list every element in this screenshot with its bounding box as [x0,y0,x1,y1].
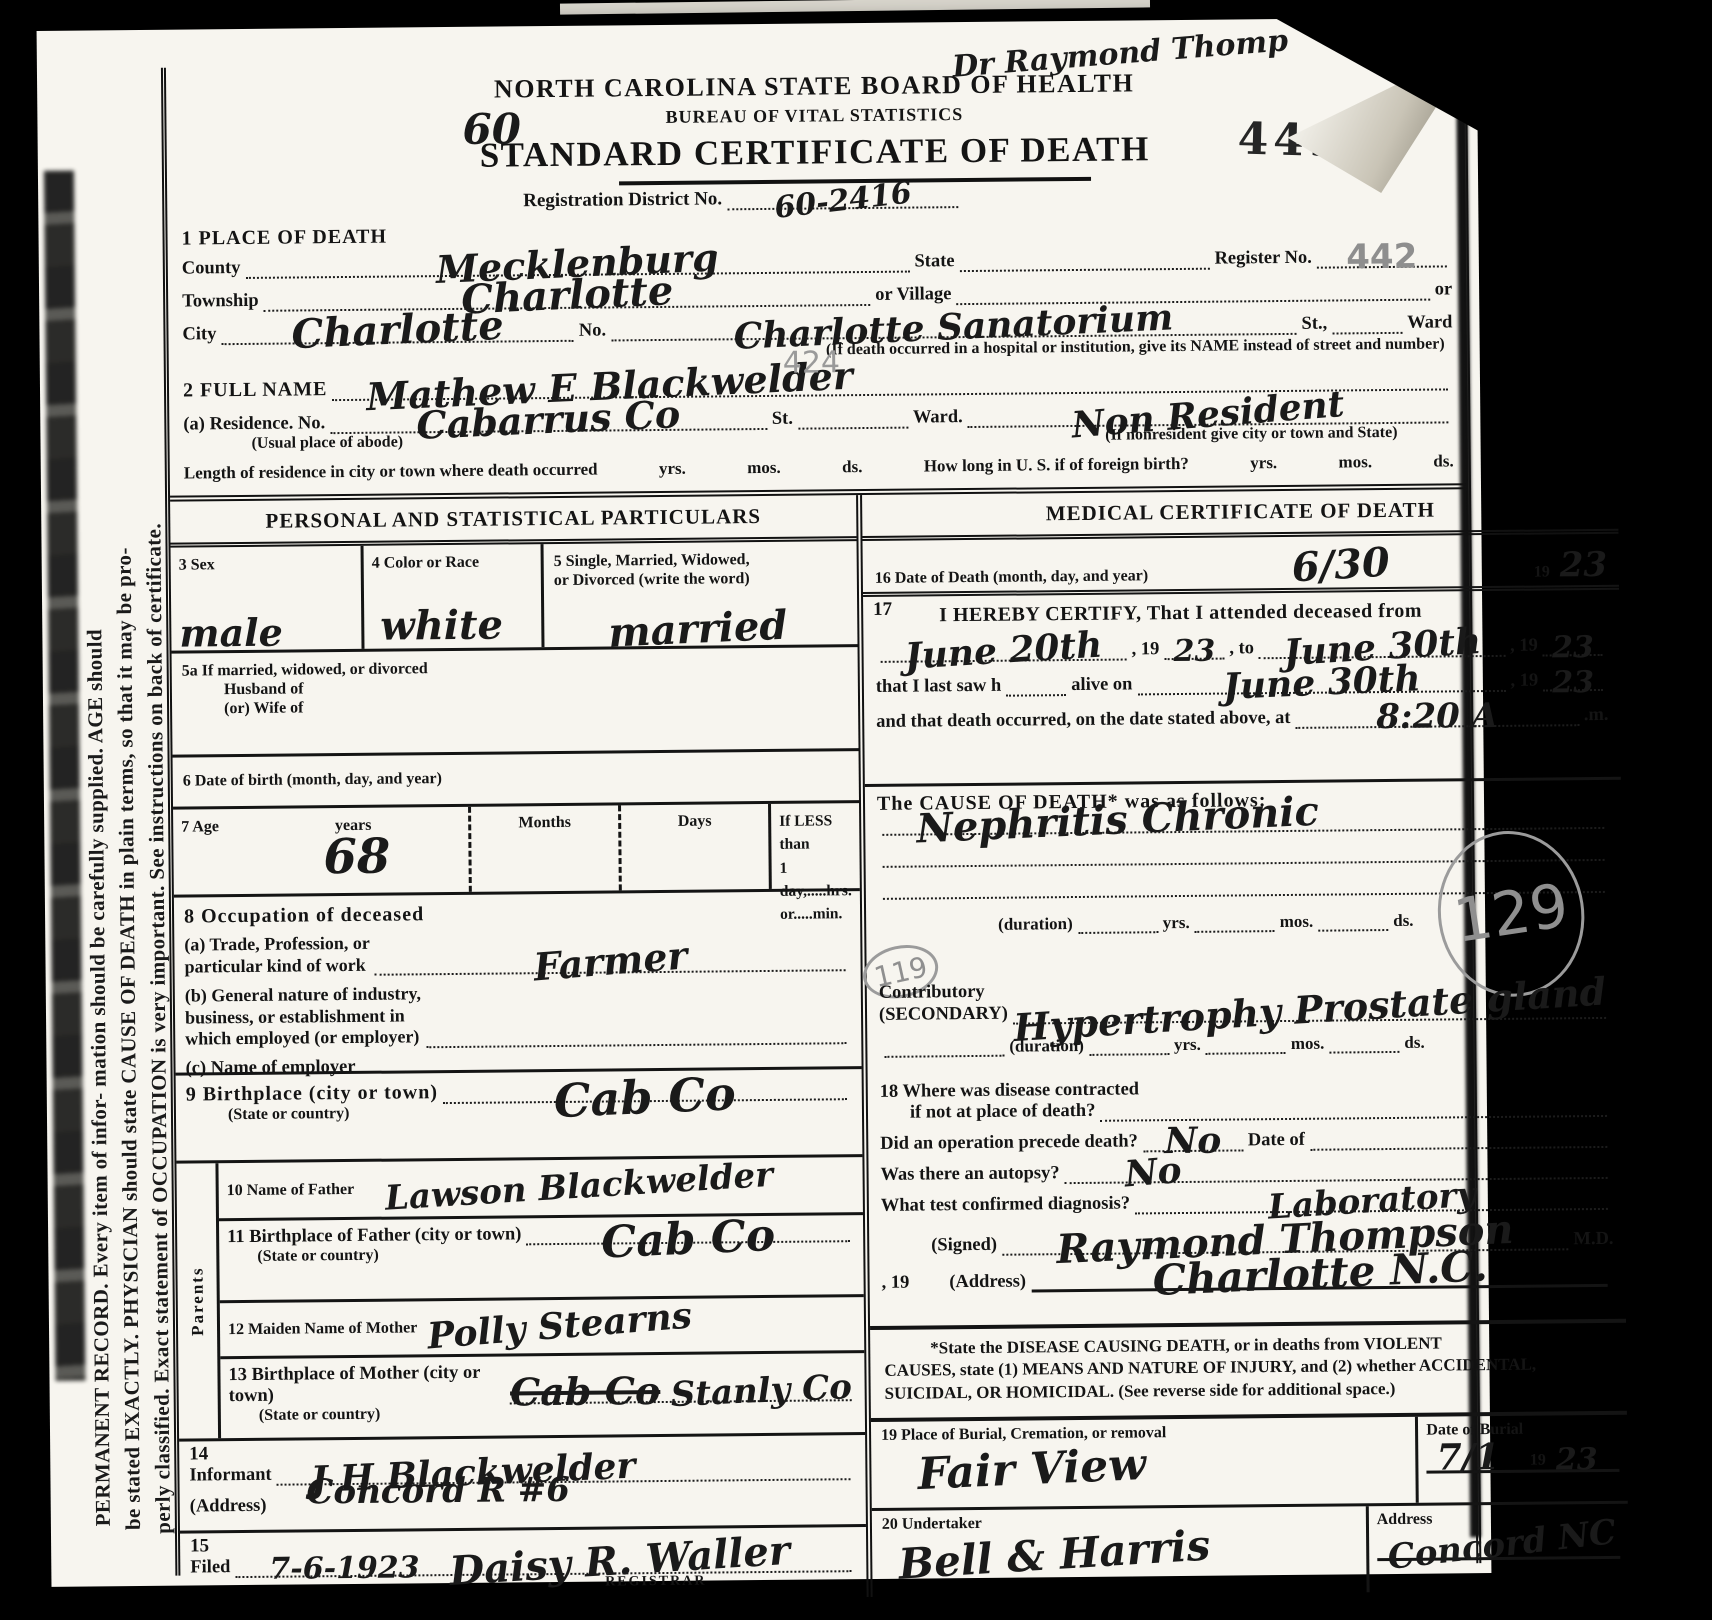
burial-place-row: 19 Place of Burial, Cremation, or remova… [871,1415,1628,1511]
birthplace-label: 9 Birthplace (city or town) [186,1081,438,1106]
last-saw-year-value: 23 [1552,669,1594,696]
certificate-sheet: PERMANENT RECORD. Every item of infor- m… [37,17,1492,1587]
residence-label: (a) Residence. No. [183,413,325,435]
burial-date-field: 7/1 19 23 [1426,1440,1619,1473]
age-years-value: 68 [323,836,390,880]
birthdate-label: 6 Date of birth (month, day, and year) [183,770,442,789]
occupation-heading: 8 Occupation of deceased [184,899,850,928]
personal-column: PERSONAL AND STATISTICAL PARTICULARS 3 S… [170,495,872,1604]
or-village-label: or Village [875,284,951,306]
undertaker-row: 20 Undertaker Bell & Harris Address Conc… [872,1504,1629,1597]
undertaker-cell: 20 Undertaker Bell & Harris [872,1506,1367,1597]
duration-indent [878,935,998,936]
duration-ds-label: ds. [1393,911,1414,931]
mos-label: mos. [747,458,781,478]
burial-date-cell: Date of Burial 7/1 19 23 [1415,1415,1628,1503]
trade-line: (a) Trade, Profession, orparticular kind… [184,928,850,978]
parents-vertical-label-cell: Parents [176,1163,221,1438]
date-of-death-value: 6/30 [1291,544,1391,586]
from-year-prefix: , 19 [1131,639,1159,660]
burial-date-value: 7/1 [1436,1441,1500,1474]
contrib-ds-field [1329,1047,1399,1054]
contrib-yrs-field [1089,1049,1169,1056]
county-row: County Mecklenburg State Register No. 44… [182,246,1452,279]
filed-line: Filed 7-6-1923Daisy R. Waller [190,1551,856,1578]
nonresident-note: (If nonresident give city or town and St… [1105,424,1397,445]
yrs-label-2: yrs. [1250,453,1277,473]
undertaker-address-label: Address [1377,1511,1433,1529]
trade-label-line1: (a) Trade, Profession, or [184,933,370,956]
contributory-label: Contributory [879,981,1008,1004]
signed-label: (Signed) [931,1235,997,1257]
state-field [960,264,1210,272]
register-no-label: Register No. [1214,248,1311,270]
from-year-field: 23 [1164,654,1224,661]
duration-yrs-field [1078,927,1158,934]
registration-district-value: 60-2416 [773,179,913,222]
marital-value: married [608,608,788,652]
mother-name-label: 12 Maiden Name of Mother [228,1319,417,1339]
burial-year-value: 23 [1556,1446,1598,1473]
operation-line: Did an operation precede death? No Date … [880,1127,1613,1155]
operation-label: Did an operation precede death? [880,1131,1138,1154]
sex-value: male [179,615,283,650]
medical-column-header: MEDICAL CERTIFICATE OF DEATH [862,488,1619,541]
where-contracted-label-1: 18 Where was disease contracted [880,1079,1140,1102]
marital-cell: 5 Single, Married, Widowed,or Divorced (… [541,541,858,647]
trade-label: (a) Trade, Profession, orparticular kind… [184,933,370,978]
informant-label: Informant [189,1465,271,1487]
last-saw-line: that I last saw h alive on June 30th , 1… [876,670,1609,698]
death-occurred-line: and that death occurred, on the date sta… [876,705,1609,733]
residence-st-label: St. [772,409,793,430]
city-label: City [182,324,216,345]
parents-label: Parents [187,1266,208,1336]
birthplace-row: 9 Birthplace (city or town) Cab Co (Stat… [176,1069,863,1164]
st-field [1332,328,1402,335]
race-label: 4 Color or Race [372,554,480,572]
undertaker-address-cell: Address Concord NC [1366,1504,1629,1593]
board-title: NORTH CAROLINA STATE BOARD OF HEALTH [166,55,1462,107]
mother-name-row: 12 Maiden Name of Mother Polly Stearns [220,1297,864,1359]
registration-district-line: Registration District No. 60-2416 [523,186,963,212]
duration-mos-field [1195,926,1275,933]
informant-row: 14 Informant J H Blackwelder (Address) C… [179,1435,866,1534]
md-label: M.D. [1573,1229,1613,1250]
parents-rows: 10 Name of Father Lawson Blackwelder 11 … [218,1157,865,1438]
mother-birthplace-value: Stanly Co [670,1372,852,1411]
trade-label-line2: particular kind of work [184,954,370,977]
mother-birthplace-row: 13 Birthplace of Mother (city or town) C… [220,1353,865,1438]
main-table: PERSONAL AND STATISTICAL PARTICULARS 3 S… [170,489,1477,1603]
county-label: County [182,258,241,280]
death-time-value: 8:20 A [1376,701,1498,733]
address-field: Charlotte N.C. [1032,1281,1608,1293]
margin-instruction-line-1: PERMANENT RECORD. Every item of infor- m… [82,629,116,1527]
autopsy-line: Was there an autopsy? No [880,1158,1613,1186]
contributory-duration-line: (duration) yrs. mos. ds. [879,1031,1612,1058]
last-saw-pronoun-field [1006,690,1066,697]
adjacent-page-sliver [560,0,1150,15]
st-label: St., [1301,314,1327,335]
sex-race-marital-row: 3 Sex male 4 Color or Race white 5 Singl… [171,541,858,654]
contributory-label-block: Contributory(SECONDARY) [879,981,1008,1027]
parents-section: Parents 10 Name of Father Lawson Blackwe… [176,1157,865,1442]
contrib-mos-label: mos. [1291,1034,1325,1054]
item-17-number: 17 [873,599,892,621]
last-saw-year-field: 23 [1543,685,1603,692]
to-year-field: 23 [1543,650,1603,657]
father-birthplace-line: 11 Birthplace of Father (city or town) C… [227,1221,855,1248]
last-saw-label-2: alive on [1071,674,1132,696]
length-of-residence-label: Length of residence in city or town wher… [184,460,598,484]
autopsy-label: Was there an autopsy? [880,1163,1059,1186]
date-of-death-year-prefix: 19 [1534,562,1550,581]
age-less-line1: If LESS than [779,809,851,856]
scan-background: PERMANENT RECORD. Every item of infor- m… [0,0,1712,1620]
abode-note: (Usual place of abode) [251,433,403,452]
industry-label-line3: which employed (or employer) [185,1027,421,1051]
yrs-label: yrs. [659,459,686,479]
industry-label: (b) General nature of industry,business,… [185,983,422,1050]
signed-block: (Signed) Raymond Thompson M.D. , 19 (Add… [869,1223,1626,1326]
death-occurred-label: and that death occurred, on the date sta… [876,708,1291,733]
mother-birthplace-line: 13 Birthplace of Mother (city or town) C… [228,1359,856,1407]
contrib-duration-lead-field [884,1051,1004,1058]
attended-dates-line: June 20th , 19 23 , to June 30th , 19 23 [875,635,1608,663]
mother-birthplace-field: Cab CoStanly Co [510,1395,852,1404]
industry-field [426,1038,846,1048]
certify-lead: I HEREBY CERTIFY, That I attended deceas… [939,598,1608,627]
contrib-yrs-label: yrs. [1174,1035,1201,1055]
undertaker-label: 20 Undertaker [882,1515,982,1533]
duration-mos-label: mos. [1280,912,1314,932]
mother-birthplace-struck: Cab Co [510,1374,661,1410]
occupation-row: 8 Occupation of deceased (a) Trade, Prof… [174,891,862,1076]
birthplace-value: Cab Co [553,1073,737,1122]
from-year-value: 23 [1173,638,1215,665]
certify-block: 17 I HEREBY CERTIFY, That I attended dec… [863,590,1621,787]
place-of-death-section: 1 PLACE OF DEATH County Mecklenburg Stat… [167,215,1466,501]
sex-cell: 3 Sex male [171,546,362,651]
informant-address-value: Concord R #6 [306,1475,570,1508]
filed-field: 7-6-1923Daisy R. Waller [235,1566,851,1578]
age-months-cell: Months [468,805,619,891]
burial-year-prefix: 19 [1530,1451,1546,1469]
address-label: (Address) [949,1272,1026,1294]
age-row: 7 Age years 68 Months Days If LESS than … [173,803,860,898]
filed-label: Filed [190,1557,230,1578]
age-label: 7 Age [181,818,219,835]
date-of-death-row: 16 Date of Death (month, day, and year) … [862,534,1619,597]
death-time-field: 8:20 A [1296,720,1579,729]
length-of-residence-row: Length of residence in city or town wher… [184,451,1454,483]
date-of-death-field: 6/30 [1148,546,1534,586]
test-label: What test confirmed diagnosis? [881,1194,1130,1217]
birthdate-row: 6 Date of birth (month, day, and year) [173,751,859,810]
industry-label-line1: (b) General nature of industry, [185,983,421,1007]
industry-line: (b) General nature of industry,business,… [185,979,852,1050]
operation-date-label: Date of [1248,1130,1305,1152]
industry-label-line2: business, or establishment in [185,1005,421,1029]
ds-label: ds. [842,457,863,477]
marital-label-line2: or Divorced (write the word) [554,568,847,590]
marital-label: 5 Single, Married, Widowed,or Divorced (… [554,549,847,590]
father-name-value: Lawson Blackwelder [384,1160,774,1215]
full-name-label: 2 FULL NAME [183,378,328,402]
filed-date-value: 7-6-1923 [269,1554,419,1582]
where-contracted-label-2: if not at place of death? [910,1101,1096,1124]
margin-instruction-line-2: be stated EXACTLY. PHYSICIAN should stat… [112,547,146,1530]
duration-ds-field [1318,925,1388,932]
certificate-form: NORTH CAROLINA STATE BOARD OF HEALTH BUR… [161,55,1481,1575]
attended-from-field: June 20th [881,655,1127,663]
undertaker-address-field: Concord NC [1377,1529,1621,1561]
mother-birthplace-label: 13 Birthplace of Mother (city or town) [228,1363,505,1408]
cause-of-death-block: The CAUSE OF DEATH* was as follows: Neph… [865,780,1623,982]
ds-label-2: ds. [1433,451,1454,471]
secondary-label: (SECONDARY) [879,1003,1008,1026]
or-label: or [1435,279,1453,300]
folded-corner-shadow [1271,14,1480,134]
township-label: Township [182,291,259,313]
informant-address-label: (Address) [190,1495,267,1517]
trade-field: Farmer [375,965,845,976]
footnote-block: *State the DISEASE CAUSING DEATH, or in … [870,1319,1627,1418]
operation-date-field [1310,1142,1608,1151]
contributory-block: Contributory(SECONDARY) Hypertrophy Pros… [867,975,1624,1078]
contributory-line: Contributory(SECONDARY) Hypertrophy Pros… [879,975,1612,1026]
address-value: Charlotte N.C. [1152,1247,1488,1300]
father-birthplace-value: Cab Co [600,1216,776,1263]
burial-section: 19 Place of Burial, Cremation, or remova… [871,1411,1629,1597]
signed-year-prefix: , 19 [881,1273,909,1294]
last-saw-label-1: that I last saw h [876,676,1002,698]
mos-label-2: mos. [1338,452,1372,472]
age-years-cell: 7 Age years 68 [173,807,469,895]
pencil-424-annotation: 424 [783,345,841,381]
autopsy-value: No [1123,1154,1182,1191]
father-birthplace-label: 11 Birthplace of Father (city or town) [227,1224,521,1248]
to-label: , to [1229,638,1254,659]
how-long-us-label: How long in U. S. if of foreign birth? [924,454,1189,477]
race-value: white [380,607,503,644]
ward-label: Ward [1407,312,1452,333]
handwritten-60: 60 [462,110,521,148]
personal-column-header: PERSONAL AND STATISTICAL PARTICULARS [170,495,856,548]
last-saw-year-prefix: , 19 [1510,671,1538,692]
spouse-row: 5a If married, widowed, or divorced Husb… [172,647,859,758]
am-pm-label: .m. [1584,705,1609,726]
sex-label: 3 Sex [179,556,215,573]
race-cell: 4 Color or Race white [361,544,542,649]
place-of-death-label: 1 PLACE OF DEATH [181,226,387,251]
street-no-label: No. [579,320,606,341]
to-year-value: 23 [1552,634,1594,661]
father-name-label: 10 Name of Father [227,1180,355,1199]
address-line: , 19 (Address) Charlotte N.C. [881,1266,1614,1294]
occupation-label: 8 Occupation of deceased [184,903,424,928]
residence-ward-label: Ward. [913,407,963,428]
burial-place-cell: 19 Place of Burial, Cremation, or remova… [871,1417,1416,1508]
contrib-duration-label: (duration) [1009,1036,1084,1057]
date-of-death-year-value: 23 [1560,550,1608,581]
contrib-ds-label: ds. [1404,1033,1425,1053]
age-days-cell: Days [618,804,769,890]
smudged-margin-line [44,171,86,1381]
register-no-field: 442 [1317,261,1447,268]
duration-yrs-label: yrs. [1163,913,1190,933]
register-no-value: 442 [1346,242,1417,273]
registration-district-label: Registration District No. [523,188,722,212]
contributory-field: Hypertrophy Prostate gland [1013,1013,1607,1025]
date-of-death-label: 16 Date of Death (month, day, and year) [875,566,1148,588]
form-header: NORTH CAROLINA STATE BOARD OF HEALTH BUR… [166,55,1463,225]
age-less-than-cell: If LESS than 1 day,.....hrs. or.....min. [768,803,860,889]
informant-address-line: (Address) Concord R #6 [190,1480,856,1517]
last-saw-field: June 30th [1137,686,1505,696]
medical-column: MEDICAL CERTIFICATE OF DEATH 16 Date of … [862,488,1629,1597]
trade-value: Farmer [532,938,688,984]
contrib-mos-field [1206,1048,1286,1055]
state-label: State [914,251,954,272]
duration-label: (duration) [998,914,1073,935]
to-year-prefix: , 19 [1510,636,1538,657]
filed-row: 15 Filed 7-6-1923Daisy R. Waller REGISTR… [180,1527,867,1604]
mother-name-value: Polly Stearns [426,1300,693,1353]
attended-from-value: June 20th [904,628,1103,673]
father-birthplace-row: 11 Birthplace of Father (city or town) C… [219,1215,864,1303]
registration-district-field: 60-2416 [727,202,958,210]
